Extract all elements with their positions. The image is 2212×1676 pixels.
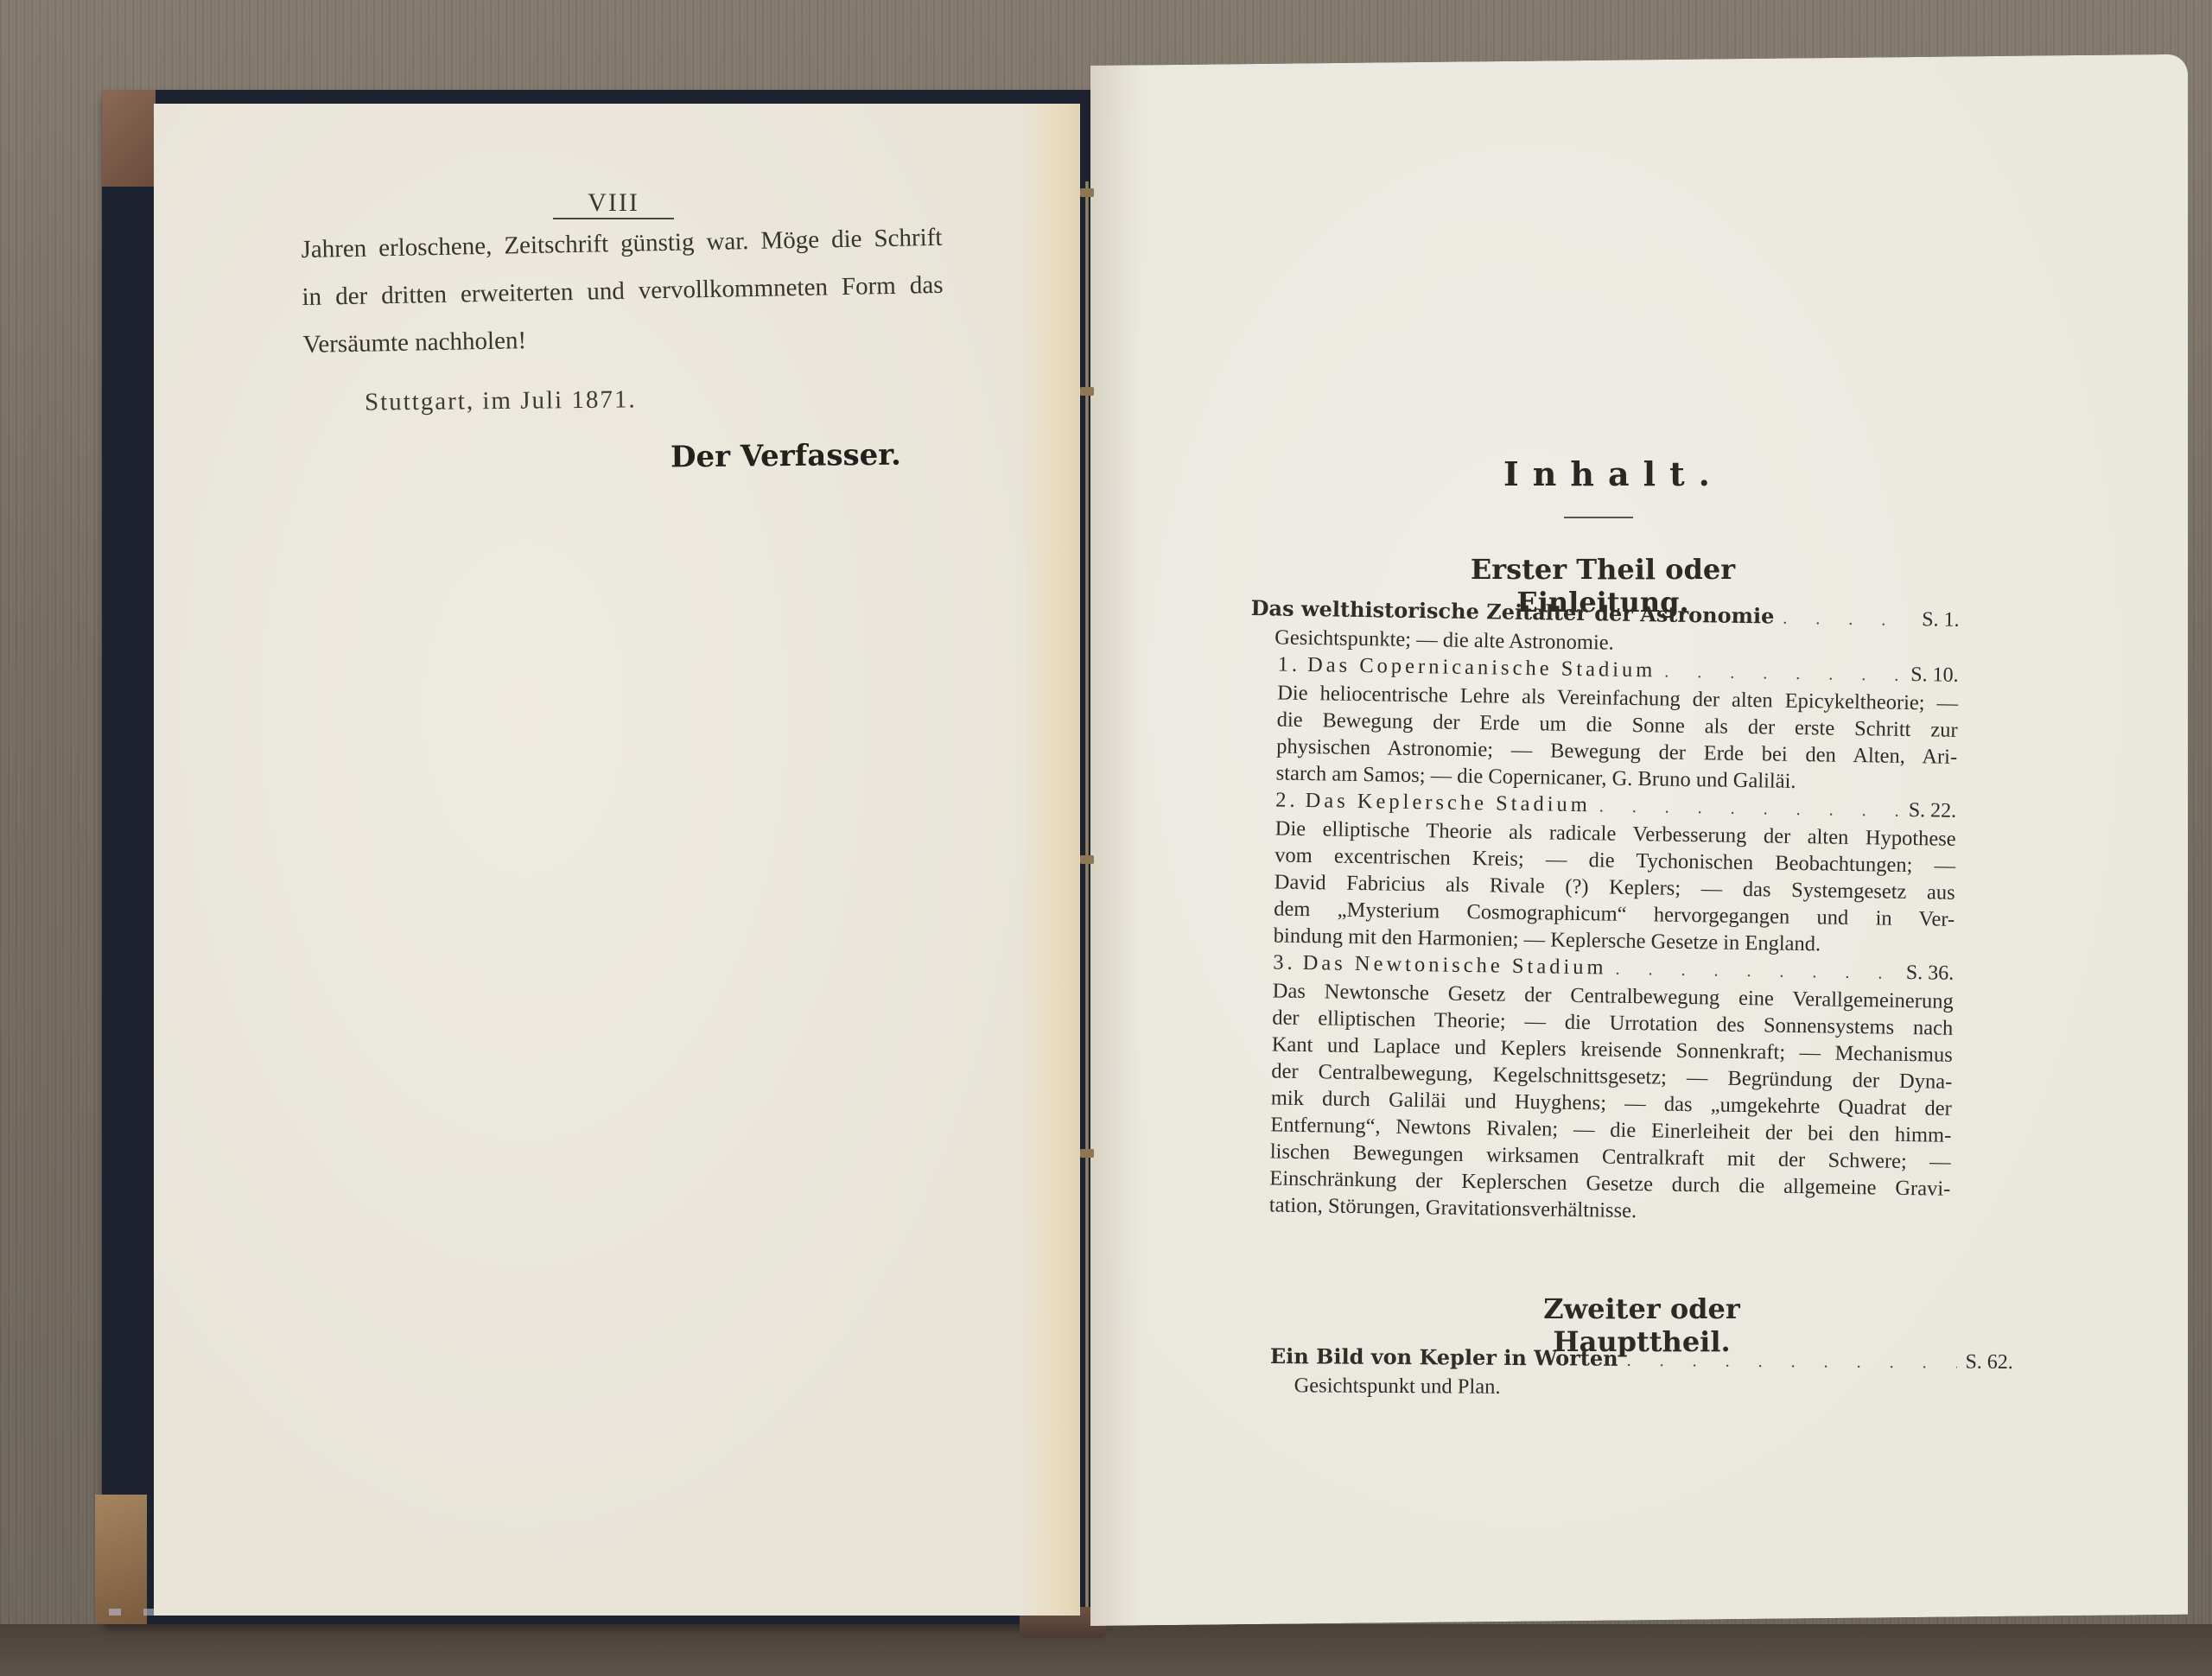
- toc-entry-page: S. 10.: [1910, 662, 1959, 689]
- binding-knot: [1080, 1149, 1094, 1158]
- toc-entry-title: Das Copernicanische Stadium: [1307, 651, 1656, 683]
- toc-part-2-entries: Ein Bild von Kepler in Worten . . . . . …: [1270, 1343, 2013, 1404]
- signoff-author: Der Verfasser.: [671, 438, 901, 475]
- toc-entry-title: Das Keplersche Stadium: [1305, 787, 1591, 818]
- toc-part-1-entries: Das welthistorische Zeitalter der Astron…: [1242, 594, 1960, 1229]
- toc-entry-page: S. 22.: [1909, 797, 1957, 825]
- leather-corner-top: [102, 90, 156, 187]
- toc-title: Inhalt.: [1503, 454, 1711, 493]
- right-page-gutter-shadow: [1090, 65, 1142, 1626]
- signoff-place-date: Stuttgart, im Juli 1871.: [365, 385, 637, 416]
- toc-entry-page: S. 36.: [1906, 960, 1955, 987]
- preface-text: Jahren erloschene, Zeitschrift günstig w…: [301, 214, 944, 369]
- page-number: VIII: [553, 188, 674, 218]
- toc-entry-page: S. 1.: [1922, 606, 1960, 634]
- toc-entry-number: 1.: [1277, 651, 1300, 677]
- toc-leader-dots: . . . . . . . . . . . . . . . .: [1664, 659, 1902, 689]
- toc-entry-description: Gesichtspunkt und Plan.: [1270, 1372, 2013, 1404]
- toc-title-rule: [1564, 517, 1633, 518]
- toc-entry-number: 3.: [1273, 949, 1296, 975]
- toc-entry-number: 2.: [1275, 786, 1299, 813]
- binding-knot: [1080, 188, 1094, 197]
- toc-leader-dots: . . . . . . . . . . . . . . . .: [1615, 956, 1897, 987]
- binding-knot: [1080, 387, 1094, 396]
- binding-knot: [1080, 855, 1094, 864]
- toc-leader-dots: . . . . . . . . . . . . . . . . . . . . …: [1627, 1348, 1957, 1377]
- leather-corner-bottom: [95, 1495, 147, 1624]
- toc-entry-page: S. 62.: [1965, 1349, 2013, 1376]
- table-surface: [0, 1624, 2212, 1676]
- left-page-gutter-shadow: [1020, 104, 1080, 1616]
- toc-entry-title: Das Newtonische Stadium: [1302, 949, 1606, 981]
- toc-entry-title: Ein Bild von Kepler in Worten: [1270, 1343, 1618, 1372]
- toc-leader-dots: . . . . . . . . . . . . . . . . . . . .: [1783, 606, 1913, 634]
